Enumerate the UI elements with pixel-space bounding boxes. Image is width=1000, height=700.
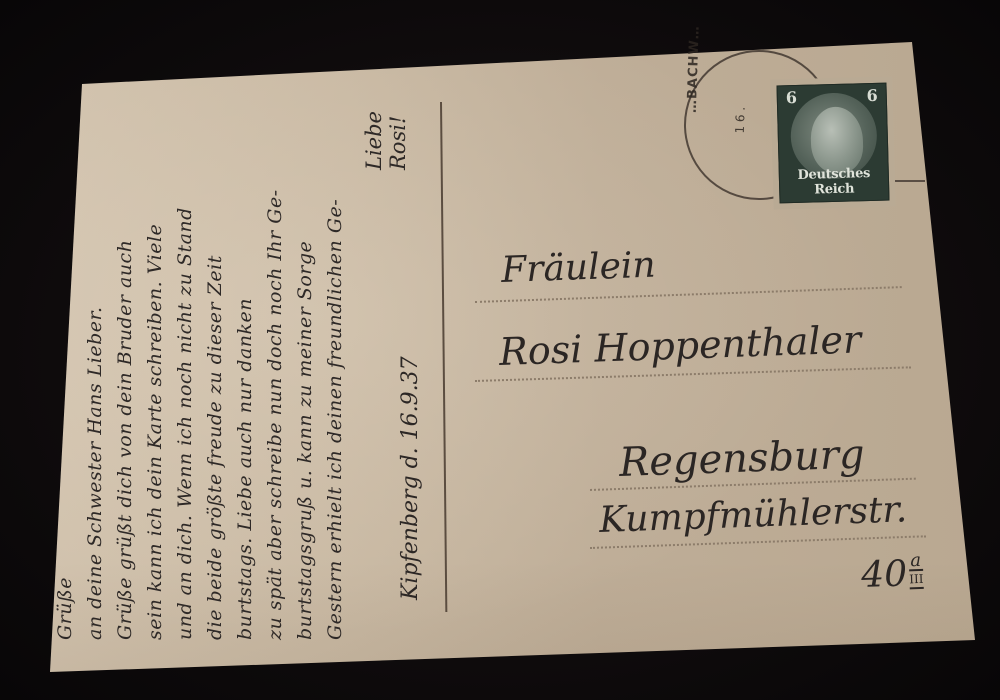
handwritten-message: Liebe Rosi! Gestern erhielt ich deinen f… bbox=[62, 80, 432, 640]
house-number: 40 bbox=[861, 553, 908, 596]
postage-stamp: 6 6 Deutsches Reich bbox=[770, 76, 895, 209]
message-date-line: Kipfenberg d. 16.9.37 bbox=[398, 356, 423, 600]
portrait-icon bbox=[810, 106, 864, 173]
postmark-town: …BACHW… bbox=[685, 25, 703, 113]
message-line: burtstagsgruß u. kann zu meiner Sorge bbox=[294, 241, 316, 640]
address-house-number: 40aIII bbox=[861, 553, 924, 596]
message-line: zu spät aber schreibe nun doch noch Ihr … bbox=[264, 189, 286, 640]
message-line: burtstags. Liebe auch nur danken bbox=[234, 298, 256, 640]
floor-number: III bbox=[909, 571, 924, 589]
address-city: Regensburg bbox=[618, 431, 865, 486]
cancellation-line bbox=[895, 180, 925, 182]
message-line: Grüße bbox=[54, 577, 76, 640]
postmark-date: 1 6 . bbox=[733, 107, 748, 134]
message-line: und an dich. Wenn ich noch nicht zu Stan… bbox=[174, 207, 196, 640]
stamp-label: Deutsches Reich bbox=[780, 166, 889, 199]
message-greeting: Liebe Rosi! bbox=[362, 80, 410, 170]
house-number-suffix: a bbox=[908, 553, 923, 571]
stamp-value-left: 6 bbox=[786, 88, 798, 107]
stamp-face: 6 6 Deutsches Reich bbox=[776, 83, 889, 204]
stamp-value-right: 6 bbox=[866, 86, 878, 105]
message-line: die beide größte freude zu dieser Zeit bbox=[204, 255, 226, 640]
message-line: sein kann ich dein Karte schreiben. Viel… bbox=[144, 224, 166, 640]
message-line: Gestern erhielt ich deinen freundlichen … bbox=[324, 199, 346, 640]
message-line: Grüße grüßt dich von dein Bruder auch bbox=[114, 240, 136, 640]
address-salutation: Fräulein bbox=[501, 245, 657, 291]
message-line: an deine Schwester Hans Lieber. bbox=[84, 306, 106, 640]
